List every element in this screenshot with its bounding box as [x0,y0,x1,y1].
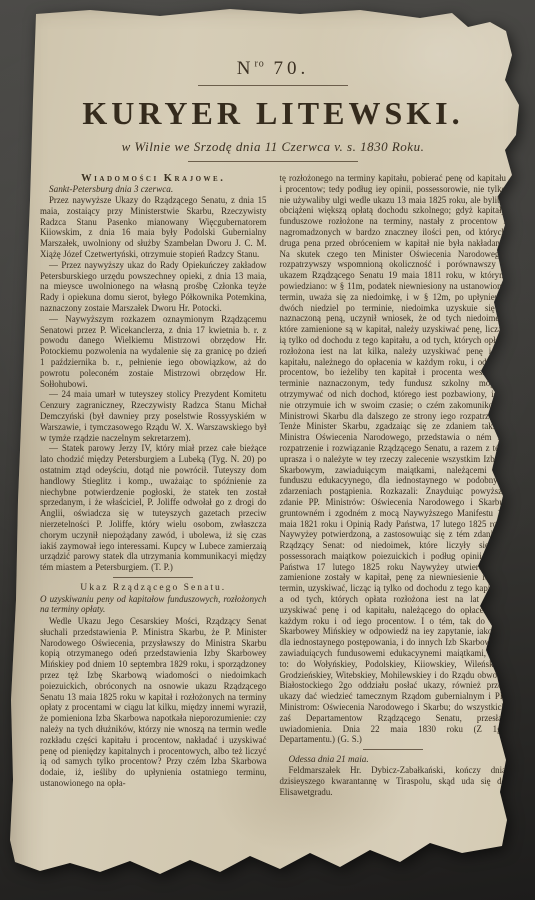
news-paragraph: Przez naywyższe Ukazy do Rządzącego Sena… [40,195,267,260]
issue-superscript: ro [254,59,264,70]
newspaper-page: Nro 70. KURYER LITEWSKI. w Wilnie we Srz… [0,0,535,900]
issue-divider [198,85,348,86]
news-section-heading: Wiadomości Krajowe. [40,173,267,184]
issue-prefix: N [237,58,255,79]
continuation-paragraph: tę rozłożonego na terminy kapitału, pobi… [280,173,507,745]
news-paragraph: — Statek parowy Jerzy IV, który miał prz… [40,443,267,573]
news-dateline: Sankt-Petersburg dnia 3 czerwca. [40,184,267,194]
right-column: tę rozłożonego na terminy kapitału, pobi… [280,173,507,798]
ukaz-subtitle: O uzyskiwaniu peny od kapitałow funduszo… [40,594,267,615]
ukaz-paragraph: Wedle Ukazu Jego Cesarskiey Mości, Rządz… [40,616,267,789]
odessa-dateline: Odessa dnia 21 maia. [280,754,507,764]
masthead: Nro 70. KURYER LITEWSKI. w Wilnie we Srz… [40,58,506,162]
news-paragraph: — Naywyższym rozkazem oznaymionym Rządzą… [40,314,267,390]
scan-background: Nro 70. KURYER LITEWSKI. w Wilnie we Srz… [0,0,535,900]
ukaz-heading: Ukaz Rządzącego Senatu. [40,582,267,593]
page-content: Nro 70. KURYER LITEWSKI. w Wilnie we Srz… [40,58,506,798]
newspaper-sheet: Nro 70. KURYER LITEWSKI. w Wilnie we Srz… [0,0,535,900]
article-columns: Wiadomości Krajowe. Sankt-Petersburg dni… [40,173,506,798]
masthead-dateline: w Wilnie we Srzodę dnia 11 Czerwca v. s.… [40,139,506,155]
section-divider [363,749,423,750]
dateline-divider [188,161,358,162]
section-divider [113,577,193,578]
odessa-paragraph: Feldmarszałek Hr. Dybicz-Zabałkański, ko… [280,765,507,797]
news-paragraph: — 24 maia umarł w tuteyszey stolicy Prez… [40,389,267,443]
news-paragraph: — Przez naywyższy ukaz do Rady Opiekuńcz… [40,260,267,314]
masthead-title: KURYER LITEWSKI. [40,95,506,132]
issue-number: Nro 70. [40,58,506,80]
left-column: Wiadomości Krajowe. Sankt-Petersburg dni… [40,173,267,798]
issue-digits: 70. [265,58,310,79]
